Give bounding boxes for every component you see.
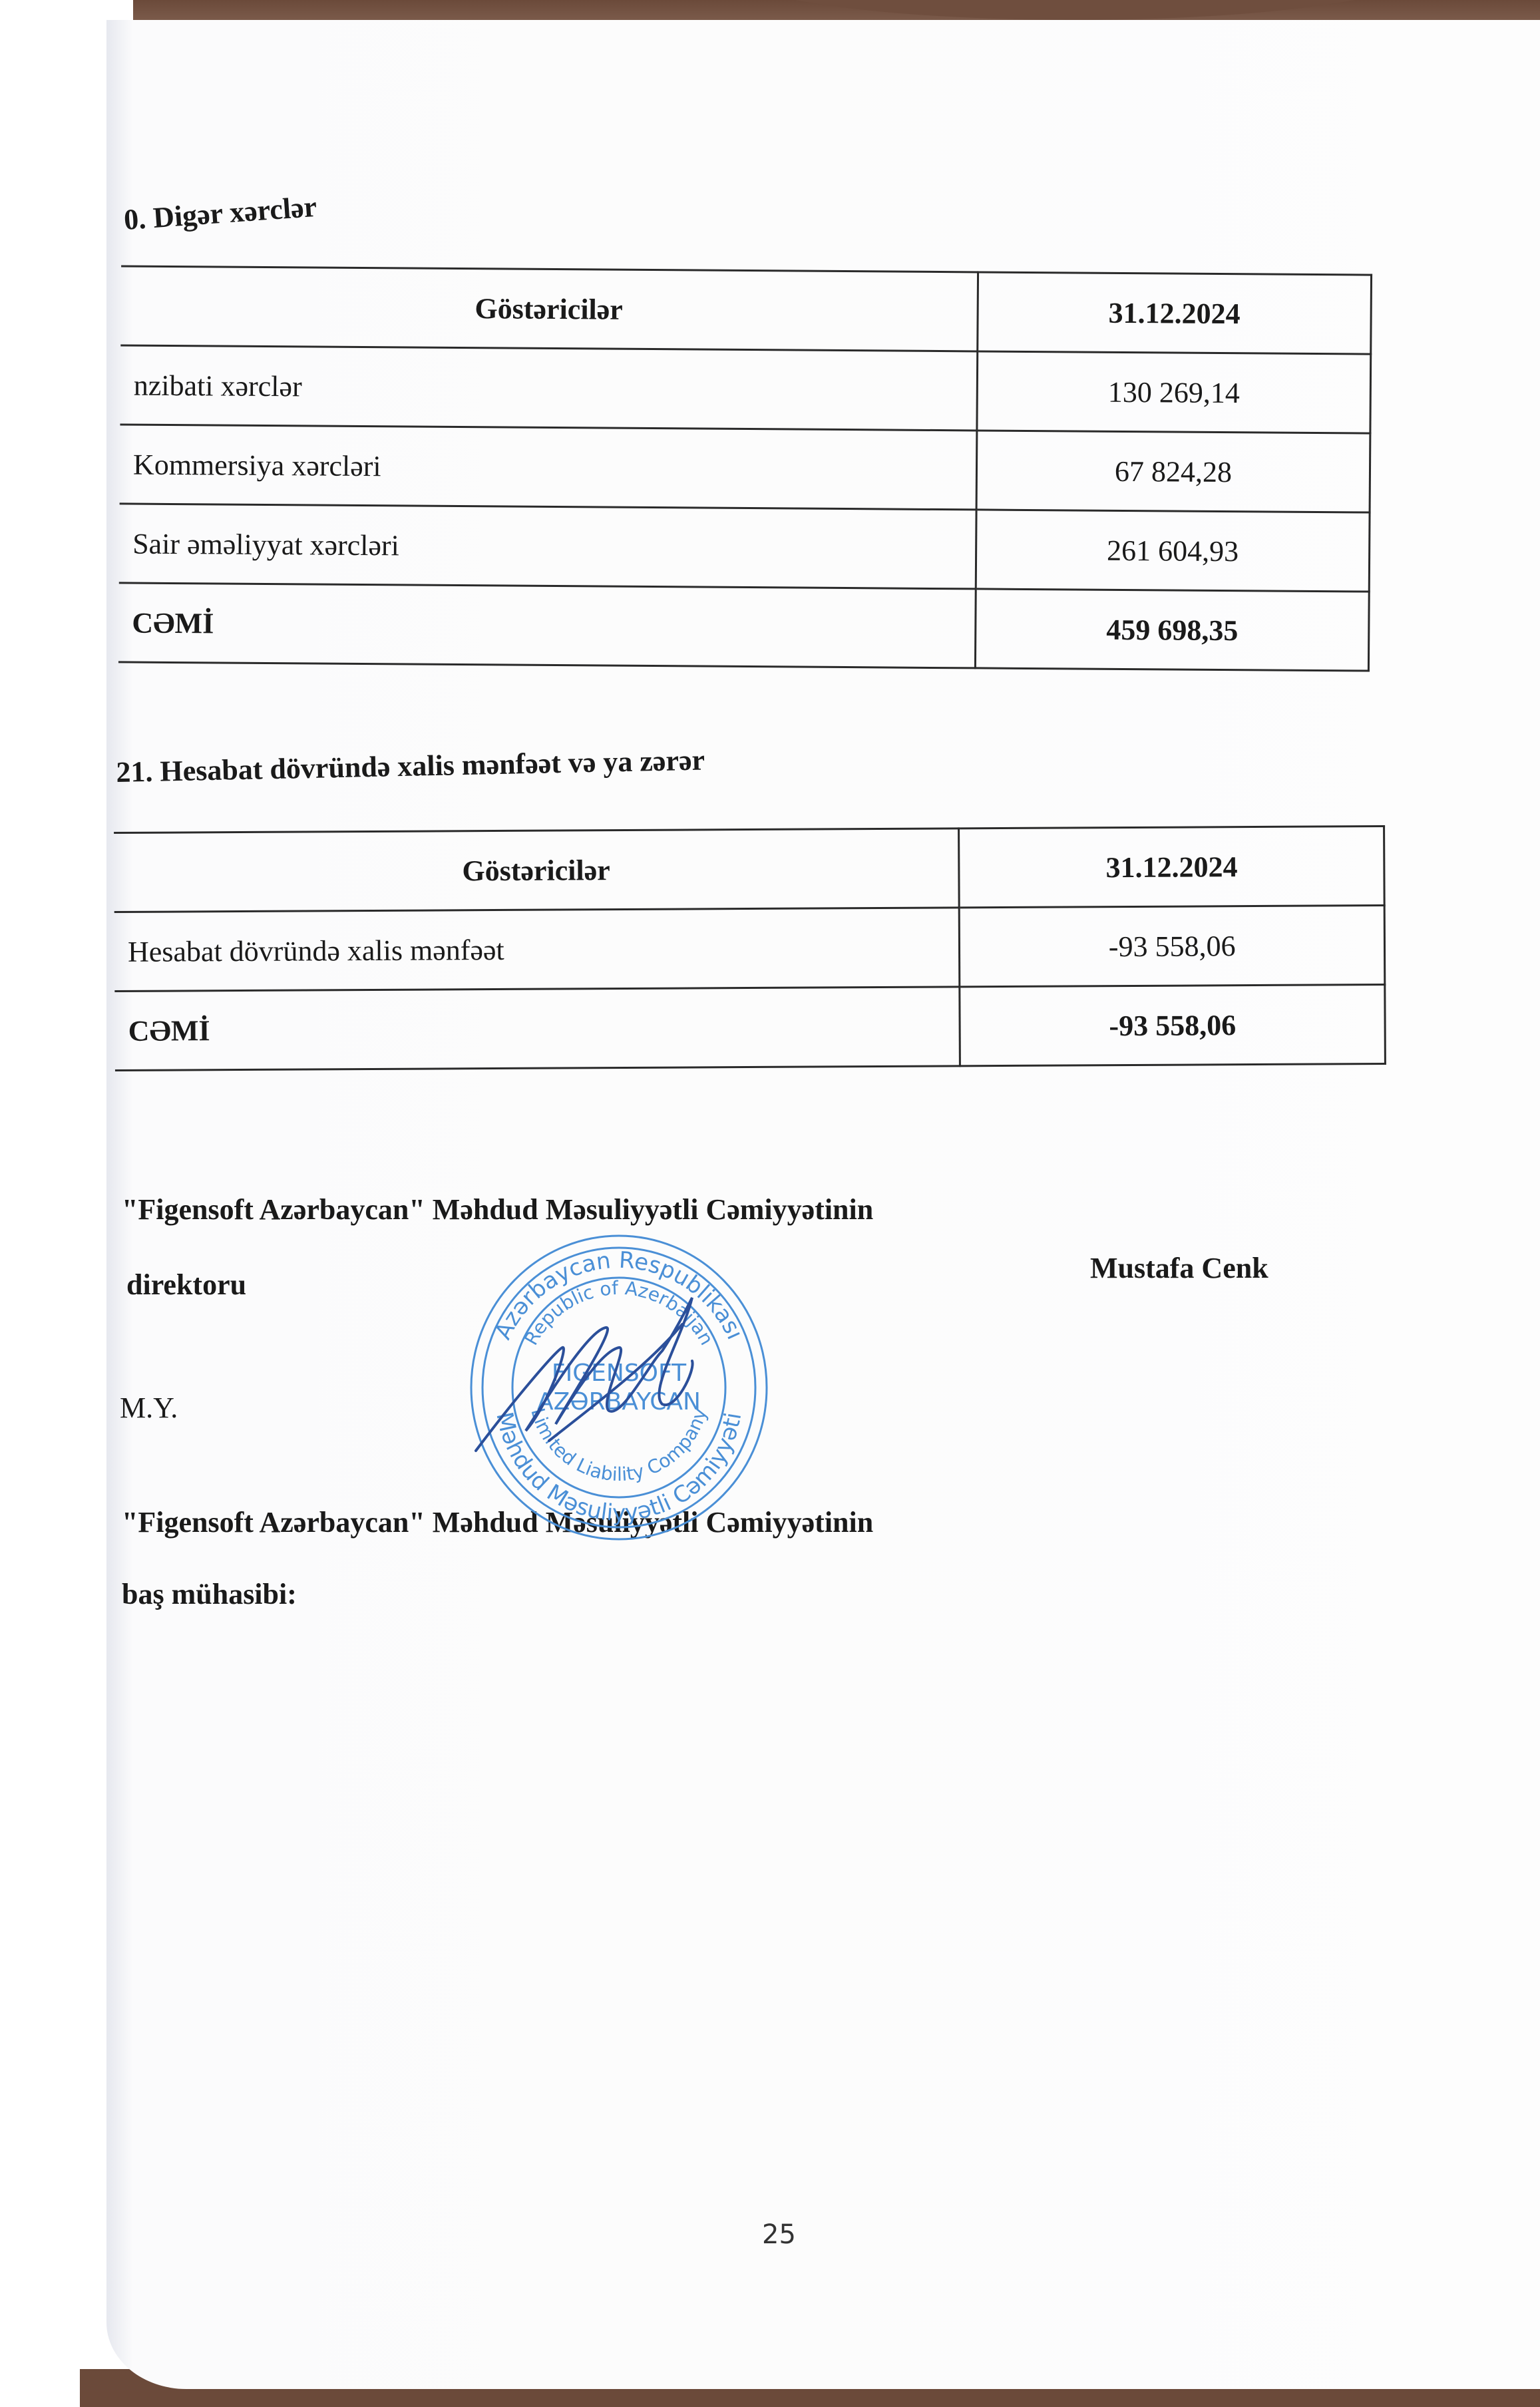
table-total-row: CƏMİ 459 698,35	[118, 583, 1369, 671]
director-name: Mustafa Cenk	[1090, 1251, 1268, 1285]
director-company-line: "Figensoft Azərbaycan" Məhdud Məsuliyyət…	[122, 1193, 873, 1226]
header-indicators: Göstəricilər	[114, 829, 959, 912]
row-value: 130 269,14	[977, 351, 1371, 433]
page-number: 25	[762, 2219, 796, 2250]
stamp-seal-icon: Azərbaycan Respublikası Məhdud Məsuliyyə…	[463, 1231, 775, 1544]
row-value: -93 558,06	[960, 906, 1385, 987]
svg-text:Limited Liability Company: Limited Liability Company	[526, 1405, 711, 1485]
row-label: nzibati xərclər	[120, 345, 977, 431]
company-stamp-icon: Azərbaycan Respublikası Məhdud Məsuliyyə…	[463, 1231, 775, 1544]
table-row: nzibati xərclər 130 269,14	[120, 345, 1370, 433]
row-label: Hesabat dövründə xalis mənfəət	[114, 908, 960, 992]
other-expenses-table: Göstəricilər 31.12.2024 nzibati xərclər …	[118, 265, 1372, 671]
header-indicators: Göstəricilər	[120, 266, 978, 351]
table-row: Hesabat dövründə xalis mənfəət -93 558,0…	[114, 906, 1385, 992]
total-label: CƏMİ	[114, 987, 960, 1071]
table-row: Sair əməliyyat xərcləri 261 604,93	[119, 504, 1370, 592]
header-date: 31.12.2024	[978, 272, 1372, 354]
accountant-role: baş mühasibi:	[122, 1577, 297, 1611]
table-header-row: Göstəricilər 31.12.2024	[120, 266, 1371, 354]
row-value: 261 604,93	[976, 510, 1370, 592]
row-value: 67 824,28	[976, 431, 1370, 512]
total-label: CƏMİ	[118, 583, 976, 668]
director-role: direktoru	[126, 1268, 246, 1302]
total-value: -93 558,06	[960, 985, 1385, 1066]
row-label: Sair əməliyyat xərcləri	[119, 504, 976, 589]
total-value: 459 698,35	[975, 589, 1369, 671]
header-date: 31.12.2024	[959, 827, 1384, 908]
seal-label: M.Y.	[120, 1391, 178, 1425]
background-edge	[0, 0, 100, 2407]
table-total-row: CƏMİ -93 558,06	[114, 985, 1385, 1071]
net-profit-table: Göstəricilər 31.12.2024 Hesabat dövründə…	[114, 825, 1386, 1071]
row-label: Kommersiya xərcləri	[120, 425, 977, 510]
table-row: Kommersiya xərcləri 67 824,28	[120, 425, 1370, 512]
table-header-row: Göstəricilər 31.12.2024	[114, 827, 1384, 912]
